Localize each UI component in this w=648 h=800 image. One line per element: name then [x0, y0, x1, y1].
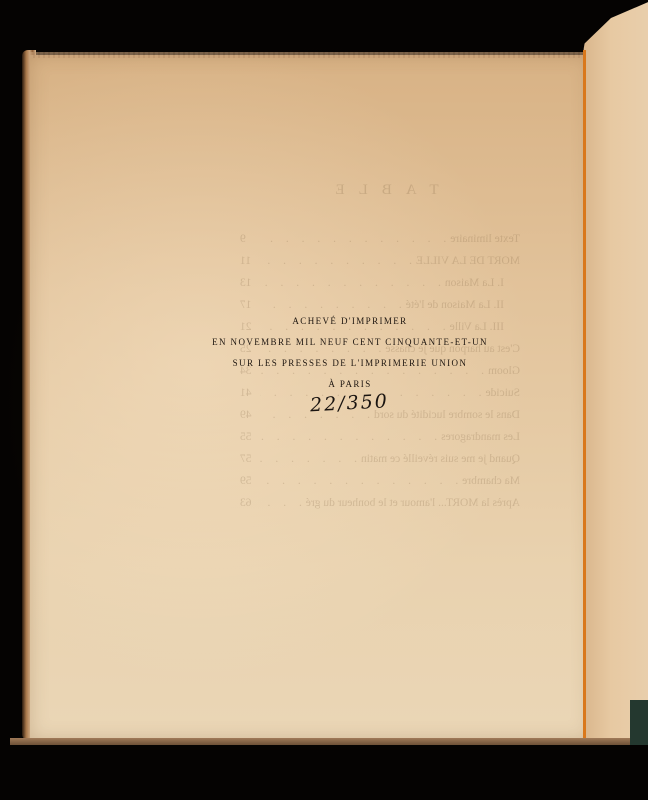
colophon-line-printer: sur les presses de l'Imprimerie Union — [150, 353, 550, 374]
colophon: Achevé d'imprimer en novembre mil neuf c… — [150, 311, 550, 395]
page-bottom-edge — [10, 738, 640, 745]
curled-page[interactable] — [583, 0, 648, 745]
page-edge-orange — [583, 50, 586, 745]
deckle-edge — [30, 52, 590, 58]
colophon-line-date: en novembre mil neuf cent cinquante-et-u… — [150, 332, 550, 353]
colophon-line-printed: Achevé d'imprimer — [150, 311, 550, 332]
cover-cloth-corner — [630, 700, 648, 745]
handwritten-copy-number: 22/350 — [309, 390, 400, 417]
